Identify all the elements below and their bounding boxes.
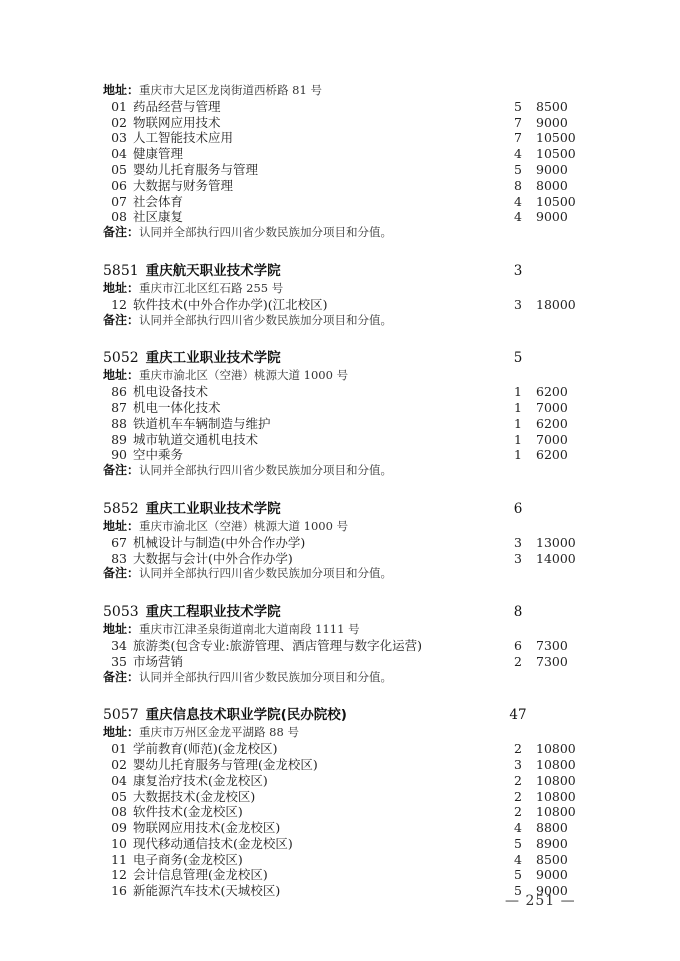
program-row: 08软件技术(金龙校区)210800 — [103, 804, 583, 820]
program-code: 87 — [103, 400, 127, 416]
program-code: 08 — [103, 209, 127, 225]
program-fee: 8900 — [536, 836, 568, 852]
program-count: 5 — [513, 836, 523, 852]
program-code: 02 — [103, 115, 127, 131]
program-count: 3 — [513, 297, 523, 313]
program-row: 09物联网应用技术(金龙校区)48800 — [103, 820, 583, 836]
program-row: 67机械设计与制造(中外合作办学)313000 — [103, 535, 583, 551]
document-page: 地址：重庆市大足区龙岗街道西桥路 81 号 01药品经营与管理5850002物联… — [103, 83, 583, 899]
program-row: 34旅游类(包含专业:旅游管理、酒店管理与数字化运营)67300 — [103, 638, 583, 654]
program-count: 1 — [513, 384, 523, 400]
program-fee: 8000 — [536, 178, 568, 194]
address-line: 地址：重庆市江北区红石路 255 号 — [103, 281, 583, 297]
program-code: 07 — [103, 194, 127, 210]
program-fee: 7000 — [536, 432, 568, 448]
program-name: 城市轨道交通机电技术 — [133, 432, 258, 447]
program-row: 89城市轨道交通机电技术17000 — [103, 432, 583, 448]
program-name: 社区康复 — [133, 209, 183, 224]
school-total: 6 — [509, 500, 527, 519]
program-count: 8 — [513, 178, 523, 194]
program-row: 08社区康复49000 — [103, 209, 583, 225]
program-fee: 10800 — [536, 804, 576, 820]
program-fee: 7000 — [536, 400, 568, 416]
program-name: 人工智能技术应用 — [133, 130, 233, 145]
program-name: 大数据与财务管理 — [133, 178, 233, 193]
program-fee: 10800 — [536, 773, 576, 789]
program-name: 现代移动通信技术(金龙校区) — [133, 836, 293, 851]
program-count: 3 — [513, 535, 523, 551]
program-count: 7 — [513, 130, 523, 146]
program-name: 社会体育 — [133, 194, 183, 209]
program-code: 09 — [103, 820, 127, 836]
note-line: 备注：认同并全部执行四川省少数民族加分项目和分值。 — [103, 225, 583, 241]
school-total: 8 — [509, 603, 527, 622]
program-row: 05婴幼儿托育服务与管理59000 — [103, 162, 583, 178]
program-fee: 6200 — [536, 384, 568, 400]
program-code: 06 — [103, 178, 127, 194]
address-line: 地址：重庆市渝北区（空港）桃源大道 1000 号 — [103, 368, 583, 384]
program-name: 机电一体化技术 — [133, 400, 221, 415]
program-count: 1 — [513, 447, 523, 463]
address-line: 地址：重庆市江津圣泉街道南北大道南段 1111 号 — [103, 622, 583, 638]
program-count: 4 — [513, 146, 523, 162]
program-name: 药品经营与管理 — [133, 99, 221, 114]
note-line: 备注：认同并全部执行四川省少数民族加分项目和分值。 — [103, 566, 583, 582]
note-line: 备注：认同并全部执行四川省少数民族加分项目和分值。 — [103, 313, 583, 329]
program-row: 88铁道机车车辆制造与维护16200 — [103, 416, 583, 432]
program-count: 5 — [513, 162, 523, 178]
program-fee: 9000 — [536, 115, 568, 131]
program-row: 87机电一体化技术17000 — [103, 400, 583, 416]
school-code: 5852 — [103, 501, 139, 517]
program-count: 2 — [513, 773, 523, 789]
school-block: 5057重庆信息技术职业学院(民办院校)47地址：重庆市万州区金龙平湖路 88 … — [103, 685, 583, 899]
program-code: 83 — [103, 551, 127, 567]
program-code: 02 — [103, 757, 127, 773]
program-count: 2 — [513, 789, 523, 805]
program-fee: 10500 — [536, 146, 576, 162]
program-row: 10现代移动通信技术(金龙校区)58900 — [103, 836, 583, 852]
program-count: 2 — [513, 804, 523, 820]
program-fee: 18000 — [536, 297, 576, 313]
program-fee: 9000 — [536, 209, 568, 225]
program-row: 07社会体育410500 — [103, 194, 583, 210]
program-fee: 10800 — [536, 789, 576, 805]
school-header: 5052重庆工业职业技术学院5 — [103, 349, 583, 368]
program-name: 机械设计与制造(中外合作办学) — [133, 535, 305, 550]
school-name: 重庆工程职业技术学院 — [146, 604, 281, 620]
program-name: 大数据与会计(中外合作办学) — [133, 551, 293, 566]
program-count: 1 — [513, 432, 523, 448]
school-header: 5057重庆信息技术职业学院(民办院校)47 — [103, 706, 583, 725]
school-code: 5057 — [103, 707, 139, 723]
program-count: 3 — [513, 757, 523, 773]
program-fee: 8800 — [536, 820, 568, 836]
program-row: 03人工智能技术应用710500 — [103, 130, 583, 146]
program-count: 1 — [513, 416, 523, 432]
program-row: 01学前教育(师范)(金龙校区)210800 — [103, 741, 583, 757]
address-line: 地址：重庆市渝北区（空港）桃源大道 1000 号 — [103, 519, 583, 535]
note-line: 备注：认同并全部执行四川省少数民族加分项目和分值。 — [103, 670, 583, 686]
program-row: 02婴幼儿托育服务与管理(金龙校区)310800 — [103, 757, 583, 773]
program-row: 06大数据与财务管理88000 — [103, 178, 583, 194]
program-row: 04健康管理410500 — [103, 146, 583, 162]
school-block: 5851重庆航天职业技术学院3地址：重庆市江北区红石路 255 号12软件技术(… — [103, 241, 583, 328]
program-count: 5 — [513, 867, 523, 883]
school-total: 5 — [509, 349, 527, 368]
program-row: 90空中乘务16200 — [103, 447, 583, 463]
program-count: 4 — [513, 852, 523, 868]
program-fee: 6200 — [536, 447, 568, 463]
page-number: — 251 — — [505, 893, 576, 909]
program-count: 4 — [513, 209, 523, 225]
school-header: 5851重庆航天职业技术学院3 — [103, 262, 583, 281]
note-line: 备注：认同并全部执行四川省少数民族加分项目和分值。 — [103, 463, 583, 479]
program-code: 03 — [103, 130, 127, 146]
program-name: 康复治疗技术(金龙校区) — [133, 773, 268, 788]
school-header: 5053重庆工程职业技术学院8 — [103, 603, 583, 622]
program-count: 3 — [513, 551, 523, 567]
program-count: 2 — [513, 741, 523, 757]
program-fee: 8500 — [536, 852, 568, 868]
program-count: 5 — [513, 99, 523, 115]
program-count: 4 — [513, 194, 523, 210]
program-code: 04 — [103, 146, 127, 162]
school-block: 5052重庆工业职业技术学院5地址：重庆市渝北区（空港）桃源大道 1000 号8… — [103, 328, 583, 479]
program-name: 大数据技术(金龙校区) — [133, 789, 255, 804]
program-code: 12 — [103, 297, 127, 313]
school-code: 5052 — [103, 350, 139, 366]
program-fee: 9000 — [536, 867, 568, 883]
program-code: 90 — [103, 447, 127, 463]
program-name: 婴幼儿托育服务与管理 — [133, 162, 258, 177]
program-fee: 8500 — [536, 99, 568, 115]
program-code: 05 — [103, 162, 127, 178]
program-code: 08 — [103, 804, 127, 820]
program-code: 88 — [103, 416, 127, 432]
program-fee: 10800 — [536, 741, 576, 757]
program-name: 软件技术(金龙校区) — [133, 804, 243, 819]
program-code: 01 — [103, 741, 127, 757]
school-name: 重庆信息技术职业学院(民办院校) — [146, 707, 347, 723]
address-line: 地址：重庆市大足区龙岗街道西桥路 81 号 — [103, 83, 583, 99]
program-name: 软件技术(中外合作办学)(江北校区) — [133, 297, 328, 312]
school-total: 3 — [509, 262, 527, 281]
program-code: 86 — [103, 384, 127, 400]
program-code: 11 — [103, 852, 127, 868]
program-fee: 13000 — [536, 535, 576, 551]
program-name: 空中乘务 — [133, 447, 183, 462]
address-line: 地址：重庆市万州区金龙平湖路 88 号 — [103, 725, 583, 741]
program-row: 02物联网应用技术79000 — [103, 115, 583, 131]
program-code: 35 — [103, 654, 127, 670]
program-code: 34 — [103, 638, 127, 654]
program-fee: 7300 — [536, 638, 568, 654]
program-name: 学前教育(师范)(金龙校区) — [133, 741, 278, 756]
program-row: 12会计信息管理(金龙校区)59000 — [103, 867, 583, 883]
school-block: 5852重庆工业职业技术学院6地址：重庆市渝北区（空港）桃源大道 1000 号6… — [103, 479, 583, 582]
program-name: 旅游类(包含专业:旅游管理、酒店管理与数字化运营) — [133, 638, 422, 653]
program-fee: 9000 — [536, 162, 568, 178]
program-code: 12 — [103, 867, 127, 883]
program-count: 6 — [513, 638, 523, 654]
program-name: 会计信息管理(金龙校区) — [133, 867, 268, 882]
program-name: 电子商务(金龙校区) — [133, 852, 243, 867]
program-fee: 7300 — [536, 654, 568, 670]
program-row: 01药品经营与管理58500 — [103, 99, 583, 115]
program-count: 4 — [513, 820, 523, 836]
program-code: 16 — [103, 883, 127, 899]
school-code: 5851 — [103, 263, 139, 279]
program-name: 市场营销 — [133, 654, 183, 669]
program-code: 05 — [103, 789, 127, 805]
program-name: 物联网应用技术(金龙校区) — [133, 820, 280, 835]
program-count: 7 — [513, 115, 523, 131]
program-name: 铁道机车车辆制造与维护 — [133, 416, 271, 431]
program-name: 婴幼儿托育服务与管理(金龙校区) — [133, 757, 318, 772]
school-code: 5053 — [103, 604, 139, 620]
program-code: 01 — [103, 99, 127, 115]
program-row: 04康复治疗技术(金龙校区)210800 — [103, 773, 583, 789]
program-fee: 10800 — [536, 757, 576, 773]
program-fee: 10500 — [536, 130, 576, 146]
program-count: 1 — [513, 400, 523, 416]
program-name: 物联网应用技术 — [133, 115, 221, 130]
program-name: 机电设备技术 — [133, 384, 208, 399]
school-block: 5053重庆工程职业技术学院8地址：重庆市江津圣泉街道南北大道南段 1111 号… — [103, 582, 583, 685]
program-count: 2 — [513, 654, 523, 670]
school-name: 重庆航天职业技术学院 — [146, 263, 281, 279]
program-row: 11电子商务(金龙校区)48500 — [103, 852, 583, 868]
school-block-continued: 地址：重庆市大足区龙岗街道西桥路 81 号 01药品经营与管理5850002物联… — [103, 83, 583, 241]
program-row: 86机电设备技术16200 — [103, 384, 583, 400]
school-header: 5852重庆工业职业技术学院6 — [103, 500, 583, 519]
school-total: 47 — [509, 706, 527, 725]
program-row: 35市场营销27300 — [103, 654, 583, 670]
program-fee: 10500 — [536, 194, 576, 210]
program-code: 10 — [103, 836, 127, 852]
program-code: 04 — [103, 773, 127, 789]
program-row: 12软件技术(中外合作办学)(江北校区)318000 — [103, 297, 583, 313]
program-name: 健康管理 — [133, 146, 183, 161]
program-code: 67 — [103, 535, 127, 551]
program-fee: 14000 — [536, 551, 576, 567]
program-row: 83大数据与会计(中外合作办学)314000 — [103, 551, 583, 567]
program-fee: 6200 — [536, 416, 568, 432]
school-name: 重庆工业职业技术学院 — [146, 350, 281, 366]
program-row: 05大数据技术(金龙校区)210800 — [103, 789, 583, 805]
program-name: 新能源汽车技术(天城校区) — [133, 883, 280, 898]
program-code: 89 — [103, 432, 127, 448]
school-name: 重庆工业职业技术学院 — [146, 501, 281, 517]
